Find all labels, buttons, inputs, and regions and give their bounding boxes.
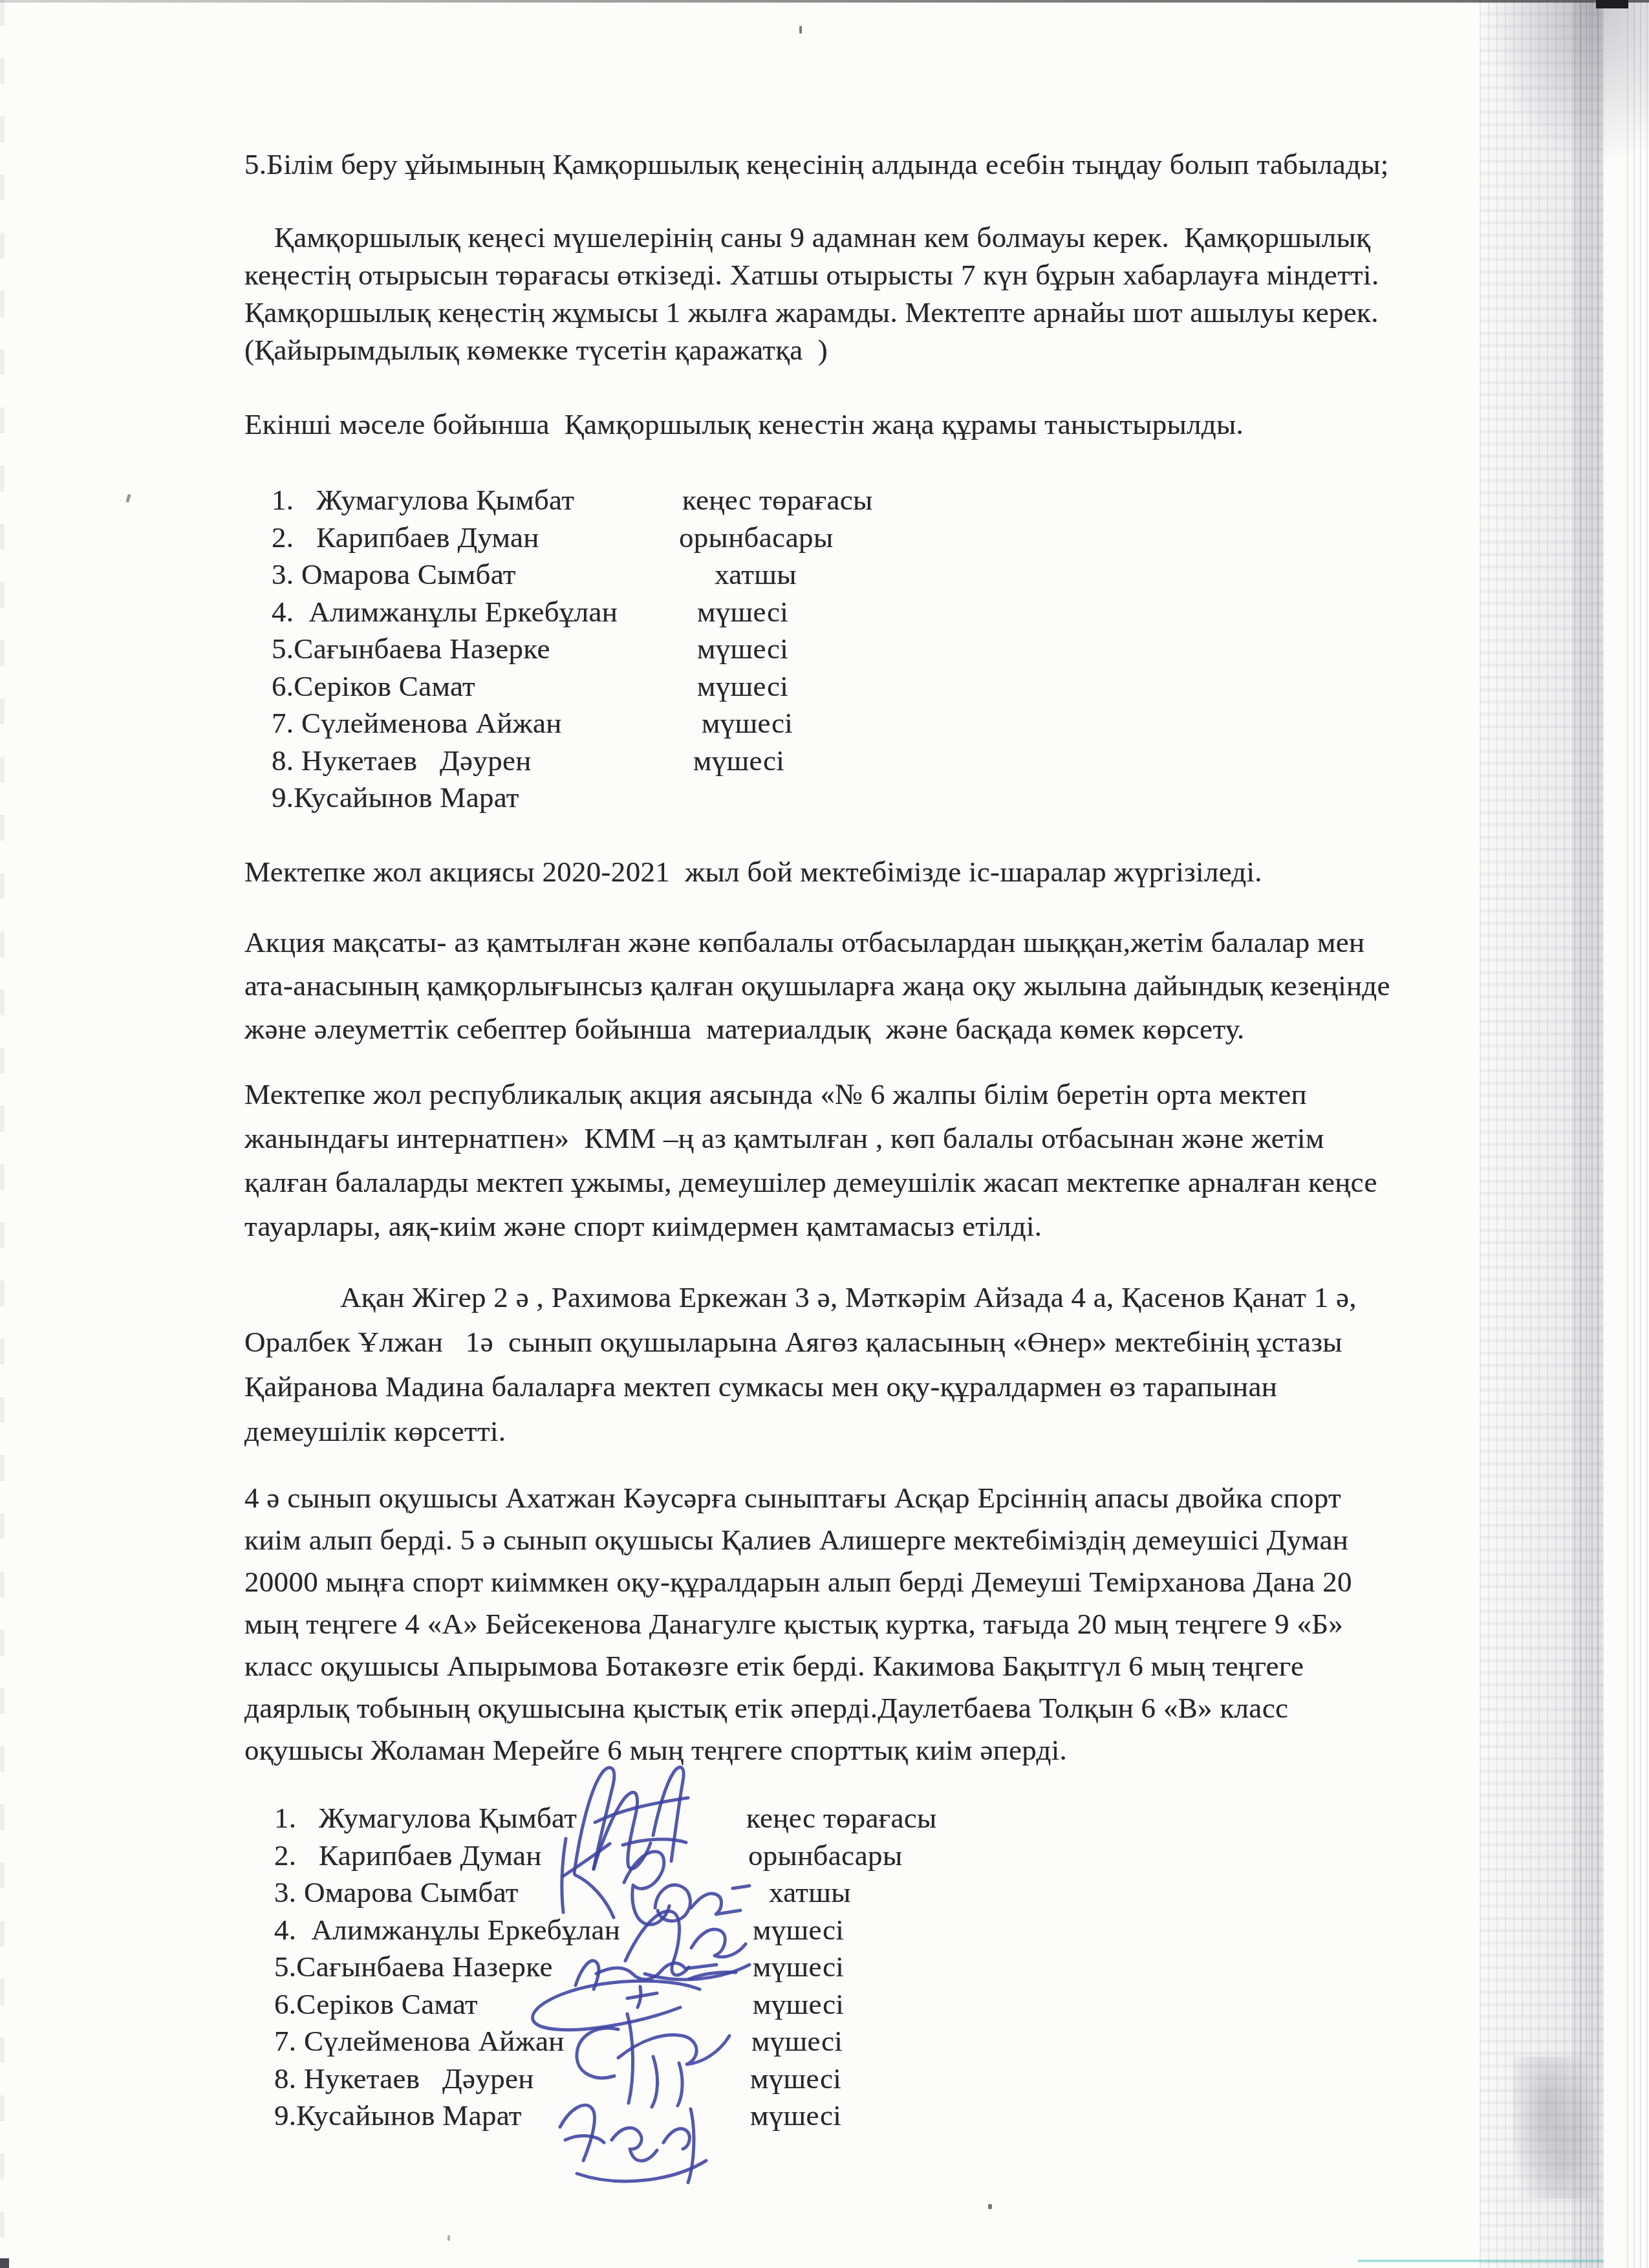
member-role: мүшесі <box>753 1912 844 1949</box>
list-item: 7. Сүлейменова Айжан мүшесі <box>272 705 1306 742</box>
list-item: 4. Алимжанұлы Еркебұлан мүшесі <box>274 1912 1309 1949</box>
member-name: 6.Серіков Самат <box>274 1988 478 2020</box>
member-role: кеңес төрағасы <box>682 482 873 519</box>
scan-artifact-left-edge <box>0 0 5 2268</box>
member-role: мүшесі <box>751 2023 843 2060</box>
text-line: 4 ә сынып оқушысы Ахатжан Кәусәрға сынып… <box>244 1477 1352 1519</box>
text-line: даярлық тобының оқушысына қыстық етік әп… <box>244 1687 1352 1729</box>
member-role: мүшесі <box>697 594 788 631</box>
member-name: 7. Сүлейменова Айжан <box>272 707 562 739</box>
member-role: мүшесі <box>693 742 784 780</box>
text-line: демеушілік көрсетті. <box>244 1409 1357 1454</box>
scan-artifact-top-edge <box>0 0 1649 3</box>
member-name: 3. Омарова Сымбат <box>272 558 516 590</box>
member-name: 2. Карипбаев Думан <box>272 521 539 554</box>
council-members-list: 1. Жумагулова Қымбат кеңес төрағасы 2. К… <box>272 482 1306 817</box>
scan-speck <box>799 26 802 34</box>
list-item: 4. Алимжанұлы Еркебұлан мүшесі <box>272 594 1306 631</box>
list-item: 6.Серіков Самат мүшесі <box>272 668 1306 706</box>
list-item: 9.Кусайынов Марат мүшесі <box>274 2097 1309 2135</box>
list-item: 1. Жумагулова Қымбат кеңес төрағасы <box>272 482 1306 519</box>
paragraph-agenda-item-5: 5.Білім беру ұйымының Қамқоршылық кеңесі… <box>244 145 1388 184</box>
member-name: 9.Кусайынов Марат <box>272 781 519 814</box>
text-line: ата-анасының қамқорлығынсыз қалған оқушы… <box>244 964 1390 1008</box>
member-name: 8. Нукетаев Дәурен <box>272 744 532 777</box>
list-item: 6.Серіков Самат мүшесі <box>274 1986 1309 2024</box>
list-item: 9.Кусайынов Марат <box>272 779 1306 817</box>
member-role: мүшесі <box>753 1986 844 2024</box>
member-name: 4. Алимжанұлы Еркебұлан <box>274 1914 620 1946</box>
text-line: қалған балаларды мектеп ұжымы, демеушіле… <box>244 1160 1377 1204</box>
text-line: Қайранова Мадина балаларға мектеп сумкас… <box>244 1365 1357 1409</box>
list-item: 3. Омарова Сымбат хатшы <box>274 1874 1309 1912</box>
member-role: мүшесі <box>697 631 788 668</box>
text-line: жанындағы интернатпен» КММ –ң аз қамтылғ… <box>244 1116 1377 1160</box>
scan-artifact-black-bar <box>1596 0 1628 8</box>
paragraph-school-road-campaign: Мектепке жол акциясы 2020-2021 жыл бой м… <box>244 852 1262 891</box>
text-line: және әлеуметтік себептер бойынша материа… <box>244 1008 1390 1051</box>
text-line: Қамқоршылық кеңесі мүшелерінің саны 9 ад… <box>244 219 1379 256</box>
member-role: мүшесі <box>750 2060 841 2098</box>
scan-artifact-bottom-right-smudge <box>1513 2057 1597 2199</box>
paragraph-donations-detail: 4 ә сынып оқушысы Ахатжан Кәусәрға сынып… <box>244 1477 1352 1771</box>
text-line: кеңестің отырысын төрағасы өткізеді. Хат… <box>244 256 1379 294</box>
list-item: 2. Карипбаев Думан орынбасары <box>274 1837 1309 1875</box>
list-item: 7. Сүлейменова Айжан мүшесі <box>274 2023 1309 2060</box>
text-line: Акция мақсаты- аз қамтылған және көпбала… <box>244 921 1390 964</box>
text-line: Екінші мәселе бойынша Қамқоршылық кенест… <box>244 405 1244 444</box>
text-line: Оралбек Ұлжан 1ә сынып оқушыларына Аягөз… <box>244 1320 1357 1365</box>
member-name: 5.Сағынбаева Назерке <box>274 1950 553 1983</box>
member-role: орынбасары <box>748 1837 902 1875</box>
member-name: 7. Сүлейменова Айжан <box>274 2025 565 2057</box>
member-name: 1. Жумагулова Қымбат <box>274 1802 577 1834</box>
text-line: (Қайырымдылық көмекке түсетін қаражатқа … <box>244 331 1379 369</box>
text-line: киім алып берді. 5 ә сынып оқушысы Қалие… <box>244 1519 1352 1561</box>
member-role: мүшесі <box>702 705 793 742</box>
member-role: хатшы <box>769 1874 851 1912</box>
member-role: кеңес төрағасы <box>746 1800 937 1837</box>
member-name: 2. Карипбаев Думан <box>274 1839 542 1872</box>
text-line: класс оқушысы Апырымова Ботакөзге етік б… <box>244 1645 1352 1687</box>
member-name: 6.Серіков Самат <box>272 670 475 702</box>
member-name: 9.Кусайынов Марат <box>274 2099 522 2132</box>
member-role: мүшесі <box>750 2097 841 2135</box>
member-name: 4. Алимжанұлы Еркебұлан <box>272 596 618 628</box>
paragraph-sponsorship-students: Ақан Жігер 2 ә , Рахимова Еркежан 3 ә, М… <box>244 1275 1357 1454</box>
list-item: 2. Карипбаев Думан орынбасары <box>272 519 1306 557</box>
list-item: 8. Нукетаев Дәурен мүшесі <box>272 742 1306 780</box>
member-role: орынбасары <box>679 519 833 557</box>
paragraph-council-rules: Қамқоршылық кеңесі мүшелерінің саны 9 ад… <box>244 219 1379 369</box>
text-line: Мектепке жол республикалық акция аясында… <box>244 1072 1377 1116</box>
text-line: оқушысы Жоламан Мерейге 6 мың теңгеге сп… <box>244 1729 1352 1771</box>
text-line: 20000 мыңға спорт киіммкен оқу-құралдары… <box>244 1561 1352 1603</box>
scan-artifact-right-edge-streaks <box>1627 0 1649 2268</box>
text-line: мың теңгеге 4 «А» Бейсекенова Данагулге … <box>244 1603 1352 1645</box>
list-item: 1. Жумагулова Қымбат кеңес төрағасы <box>274 1800 1309 1837</box>
member-role: мүшесі <box>697 668 788 706</box>
member-role: мүшесі <box>753 1949 844 1986</box>
scan-artifact-top-right-corner <box>1481 0 1649 168</box>
text-line: тауарлары, аяқ-киім және спорт киімдерме… <box>244 1204 1377 1248</box>
member-role: хатшы <box>715 556 797 594</box>
text-line: Ақан Жігер 2 ә , Рахимова Еркежан 3 ә, М… <box>244 1275 1357 1320</box>
scanned-page: 5.Білім беру ұйымының Қамқоршылық кеңесі… <box>0 0 1649 2268</box>
member-name: 1. Жумагулова Қымбат <box>272 484 574 516</box>
paragraph-campaign-goal: Акция мақсаты- аз қамтылған және көпбала… <box>244 921 1390 1051</box>
member-name: 8. Нукетаев Дәурен <box>274 2062 534 2095</box>
scan-speck <box>988 2204 992 2209</box>
scan-speck <box>125 494 131 503</box>
paragraph-second-issue: Екінші мәселе бойынша Қамқоршылық кенест… <box>244 405 1244 444</box>
list-item: 8. Нукетаев Дәурен мүшесі <box>274 2060 1309 2098</box>
scan-artifact-right-fold-shadow <box>1574 0 1602 2268</box>
member-name: 3. Омарова Сымбат <box>274 1876 519 1908</box>
text-line: 5.Білім беру ұйымының Қамқоршылық кеңесі… <box>244 145 1388 184</box>
text-line: Мектепке жол акциясы 2020-2021 жыл бой м… <box>244 852 1262 891</box>
signed-members-list: 1. Жумагулова Қымбат кеңес төрағасы 2. К… <box>274 1800 1309 2135</box>
list-item: 3. Омарова Сымбат хатшы <box>272 556 1306 594</box>
list-item: 5.Сағынбаева Назерке мүшесі <box>274 1949 1309 1986</box>
list-item: 5.Сағынбаева Назерке мүшесі <box>272 631 1306 668</box>
scan-artifact-teal-line <box>1358 2260 1604 2262</box>
text-line: Қамқоршылық кеңестің жұмысы 1 жылға жара… <box>244 294 1379 331</box>
member-name: 5.Сағынбаева Назерке <box>272 632 550 665</box>
scan-speck <box>447 2235 450 2241</box>
paragraph-republican-campaign: Мектепке жол республикалық акция аясында… <box>244 1072 1377 1248</box>
